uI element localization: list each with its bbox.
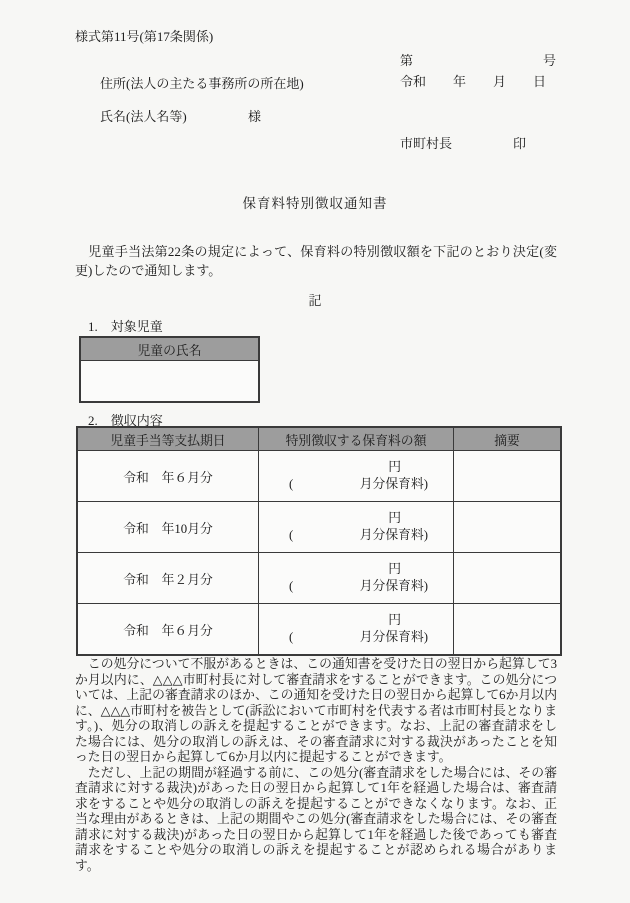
seal-placeholder: 印 bbox=[513, 133, 526, 152]
payment-period-cell: 令和 年６月分 bbox=[77, 451, 259, 502]
payment-period-cell: 令和 年10月分 bbox=[77, 502, 259, 553]
doc-number-suffix: 号 bbox=[543, 50, 556, 69]
appeal-paragraph-1: この処分について不服があるときは、この通知書を受けた日の翌日から起算して3か月以… bbox=[75, 657, 557, 766]
appeal-notice-text: この処分について不服があるときは、この通知書を受けた日の翌日から起算して3か月以… bbox=[75, 657, 557, 874]
honorific-label: 様 bbox=[248, 106, 261, 125]
monthly-fee-label: 月分保育料) bbox=[360, 476, 428, 493]
column-header-remarks: 摘要 bbox=[454, 427, 562, 451]
yen-unit-label: 円 bbox=[259, 459, 453, 476]
recipient-name-label: 氏名(法人名等) bbox=[100, 106, 187, 125]
fee-paren-line: ( 月分保育料) bbox=[259, 578, 453, 595]
monthly-fee-label: 月分保育料) bbox=[360, 629, 428, 646]
document-title: 保育料特別徴収通知書 bbox=[0, 192, 630, 212]
fee-paren-line: ( 月分保育料) bbox=[259, 629, 453, 646]
day-label: 日 bbox=[533, 71, 546, 90]
doc-number-prefix: 第 bbox=[400, 50, 413, 69]
section1-heading: 1. 対象児童 bbox=[88, 316, 163, 335]
notice-document-page: 様式第11号(第17条関係) 第 号 令和 年 月 日 住所(法人の主たる事務所… bbox=[0, 0, 630, 903]
issue-date-line: 令和 年 月 日 bbox=[400, 71, 546, 90]
remarks-cell bbox=[454, 553, 562, 604]
mayor-label: 市町村長 bbox=[400, 133, 452, 152]
remarks-cell bbox=[454, 502, 562, 553]
paren-open: ( bbox=[289, 527, 293, 544]
fee-amount-cell: 円 ( 月分保育料) bbox=[259, 553, 454, 604]
paren-open: ( bbox=[289, 629, 293, 646]
collection-details-table: 児童手当等支払期日 特別徴収する保育料の額 摘要 令和 年６月分 円 ( 月分保… bbox=[76, 426, 562, 656]
fee-paren-line: ( 月分保育料) bbox=[259, 476, 453, 493]
remarks-cell bbox=[454, 451, 562, 502]
intro-paragraph: 児童手当法第22条の規定によって、保育料の特別徴収額を下記のとおり決定(変更)し… bbox=[75, 242, 557, 280]
era-label: 令和 bbox=[400, 71, 426, 90]
column-header-payment-date: 児童手当等支払期日 bbox=[77, 427, 259, 451]
payment-period-cell: 令和 年２月分 bbox=[77, 553, 259, 604]
address-label: 住所(法人の主たる事務所の所在地) bbox=[100, 73, 304, 92]
fee-paren-line: ( 月分保育料) bbox=[259, 527, 453, 544]
table-row: 令和 年２月分 円 ( 月分保育料) bbox=[77, 553, 561, 604]
monthly-fee-label: 月分保育料) bbox=[360, 527, 428, 544]
issuer-line: 市町村長 印 bbox=[400, 133, 526, 152]
year-label: 年 bbox=[453, 71, 466, 90]
appeal-paragraph-2: ただし、上記の期間が経過する前に、この処分(審査請求をした場合には、その審査請求… bbox=[75, 766, 557, 875]
child-name-cell bbox=[80, 361, 259, 403]
record-marker: 記 bbox=[0, 290, 630, 309]
fee-amount-cell: 円 ( 月分保育料) bbox=[259, 451, 454, 502]
fee-amount-cell: 円 ( 月分保育料) bbox=[259, 502, 454, 553]
payment-period-cell: 令和 年６月分 bbox=[77, 604, 259, 656]
monthly-fee-label: 月分保育料) bbox=[360, 578, 428, 595]
table-row: 令和 年６月分 円 ( 月分保育料) bbox=[77, 604, 561, 656]
yen-unit-label: 円 bbox=[259, 612, 453, 629]
form-number: 様式第11号(第17条関係) bbox=[75, 26, 213, 45]
paren-open: ( bbox=[289, 578, 293, 595]
month-label: 月 bbox=[493, 71, 506, 90]
table-row: 令和 年10月分 円 ( 月分保育料) bbox=[77, 502, 561, 553]
yen-unit-label: 円 bbox=[259, 510, 453, 527]
target-child-table: 児童の氏名 bbox=[79, 336, 260, 403]
fee-amount-cell: 円 ( 月分保育料) bbox=[259, 604, 454, 656]
remarks-cell bbox=[454, 604, 562, 656]
table-row: 令和 年６月分 円 ( 月分保育料) bbox=[77, 451, 561, 502]
paren-open: ( bbox=[289, 476, 293, 493]
collection-table-header-row: 児童手当等支払期日 特別徴収する保育料の額 摘要 bbox=[77, 427, 561, 451]
child-name-column-header: 児童の氏名 bbox=[80, 337, 259, 361]
doc-number-line: 第 号 bbox=[400, 50, 556, 69]
column-header-fee-amount: 特別徴収する保育料の額 bbox=[259, 427, 454, 451]
yen-unit-label: 円 bbox=[259, 561, 453, 578]
